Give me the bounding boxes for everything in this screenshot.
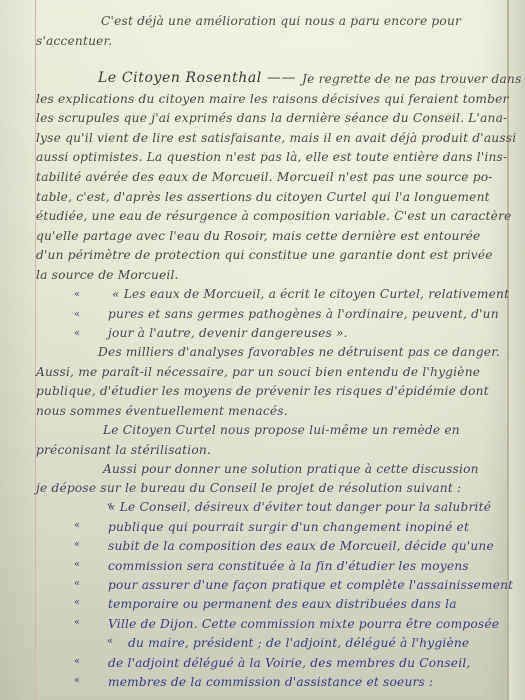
quote-continuation-mark: « bbox=[107, 500, 113, 511]
manuscript-line: pures et sans germes pathogènes à l'ordi… bbox=[108, 307, 499, 321]
manuscript-page: Le Citoyen Rosenthal —— C'est déjà une a… bbox=[0, 0, 525, 700]
manuscript-line: étudiée, une eau de résurgence à composi… bbox=[36, 209, 512, 223]
manuscript-line: jour à l'autre, devenir dangereuses ». bbox=[108, 326, 348, 340]
manuscript-line: nous sommes éventuellement menacés. bbox=[36, 404, 288, 418]
quote-continuation-mark: « bbox=[74, 559, 80, 570]
manuscript-line: s'accentuer. bbox=[36, 34, 112, 48]
manuscript-line: Le Citoyen Curtel nous propose lui-même … bbox=[103, 423, 460, 437]
quote-continuation-mark: « bbox=[74, 309, 80, 320]
manuscript-line: tabilité avérée des eaux de Morcueil. Mo… bbox=[36, 170, 493, 184]
quote-continuation-mark: « bbox=[74, 578, 80, 589]
manuscript-line: Aussi pour donner une solution pratique … bbox=[103, 462, 479, 476]
speaker-name: Le Citoyen Rosenthal bbox=[98, 70, 262, 86]
manuscript-line: qu'elle partage avec l'eau du Rosoir, ma… bbox=[36, 229, 480, 243]
manuscript-line: Ville de Dijon. Cette commission mixte p… bbox=[108, 617, 499, 631]
manuscript-line: publique, d'étudier les moyens de préven… bbox=[36, 384, 489, 398]
speaker-heading: Le Citoyen Rosenthal —— bbox=[98, 70, 296, 86]
quote-continuation-mark: « bbox=[74, 656, 80, 667]
manuscript-line: les scrupules que j'ai exprimés dans la … bbox=[36, 111, 507, 125]
quote-continuation-mark: « bbox=[74, 328, 80, 339]
quote-continuation-mark: « bbox=[107, 636, 113, 647]
manuscript-line: Aussi, me paraît-il nécessaire, par un s… bbox=[36, 365, 480, 379]
quote-continuation-mark: « bbox=[74, 539, 80, 550]
manuscript-line: Je regrette de ne pas trouver dans bbox=[302, 72, 521, 86]
manuscript-line: les explications du citoyen maire les ra… bbox=[36, 92, 509, 106]
quote-continuation-mark: « bbox=[74, 289, 80, 300]
manuscript-line: la source de Morcueil. bbox=[36, 268, 179, 282]
speaker-dash: —— bbox=[267, 70, 296, 86]
manuscript-line: pour assurer d'une façon pratique et com… bbox=[108, 578, 513, 592]
manuscript-line: C'est déjà une amélioration qui nous a p… bbox=[101, 14, 461, 28]
manuscript-line: membres de la commission d'assistance et… bbox=[108, 675, 433, 689]
manuscript-line: table, c'est, d'après les assertions du … bbox=[36, 190, 490, 204]
manuscript-line: de l'adjoint délégué à la Voirie, des me… bbox=[108, 656, 471, 670]
quote-continuation-mark: « bbox=[74, 675, 80, 686]
manuscript-line: subit de la composition des eaux de Morc… bbox=[108, 539, 494, 553]
manuscript-line: « Le Conseil, désireux d'éviter tout dan… bbox=[108, 500, 491, 514]
quote-continuation-mark: « bbox=[74, 617, 80, 628]
facing-page-edge bbox=[509, 0, 525, 700]
quote-continuation-mark: « bbox=[74, 597, 80, 608]
manuscript-line: je dépose sur le bureau du Conseil le pr… bbox=[36, 481, 461, 495]
quote-continuation-mark: « bbox=[74, 520, 80, 531]
manuscript-line: aussi optimistes. La question n'est pas … bbox=[36, 150, 507, 164]
manuscript-line: « Les eaux de Morcueil, a écrit le citoy… bbox=[112, 287, 509, 301]
manuscript-line: commission sera constituée à la fin d'ét… bbox=[108, 559, 469, 573]
manuscript-line: lyse qu'il vient de lire est satisfaisan… bbox=[36, 131, 516, 145]
manuscript-line: préconisant la stérilisation. bbox=[36, 443, 211, 457]
manuscript-line: d'un périmètre de protection qui constit… bbox=[36, 248, 493, 262]
manuscript-line: du maire, président ; de l'adjoint, délé… bbox=[128, 636, 469, 650]
manuscript-line: publique qui pourrait surgir d'un change… bbox=[108, 520, 469, 534]
manuscript-line: Des milliers d'analyses favorables ne dé… bbox=[98, 345, 500, 359]
manuscript-line: temporaire ou permanent des eaux distrib… bbox=[108, 597, 457, 611]
